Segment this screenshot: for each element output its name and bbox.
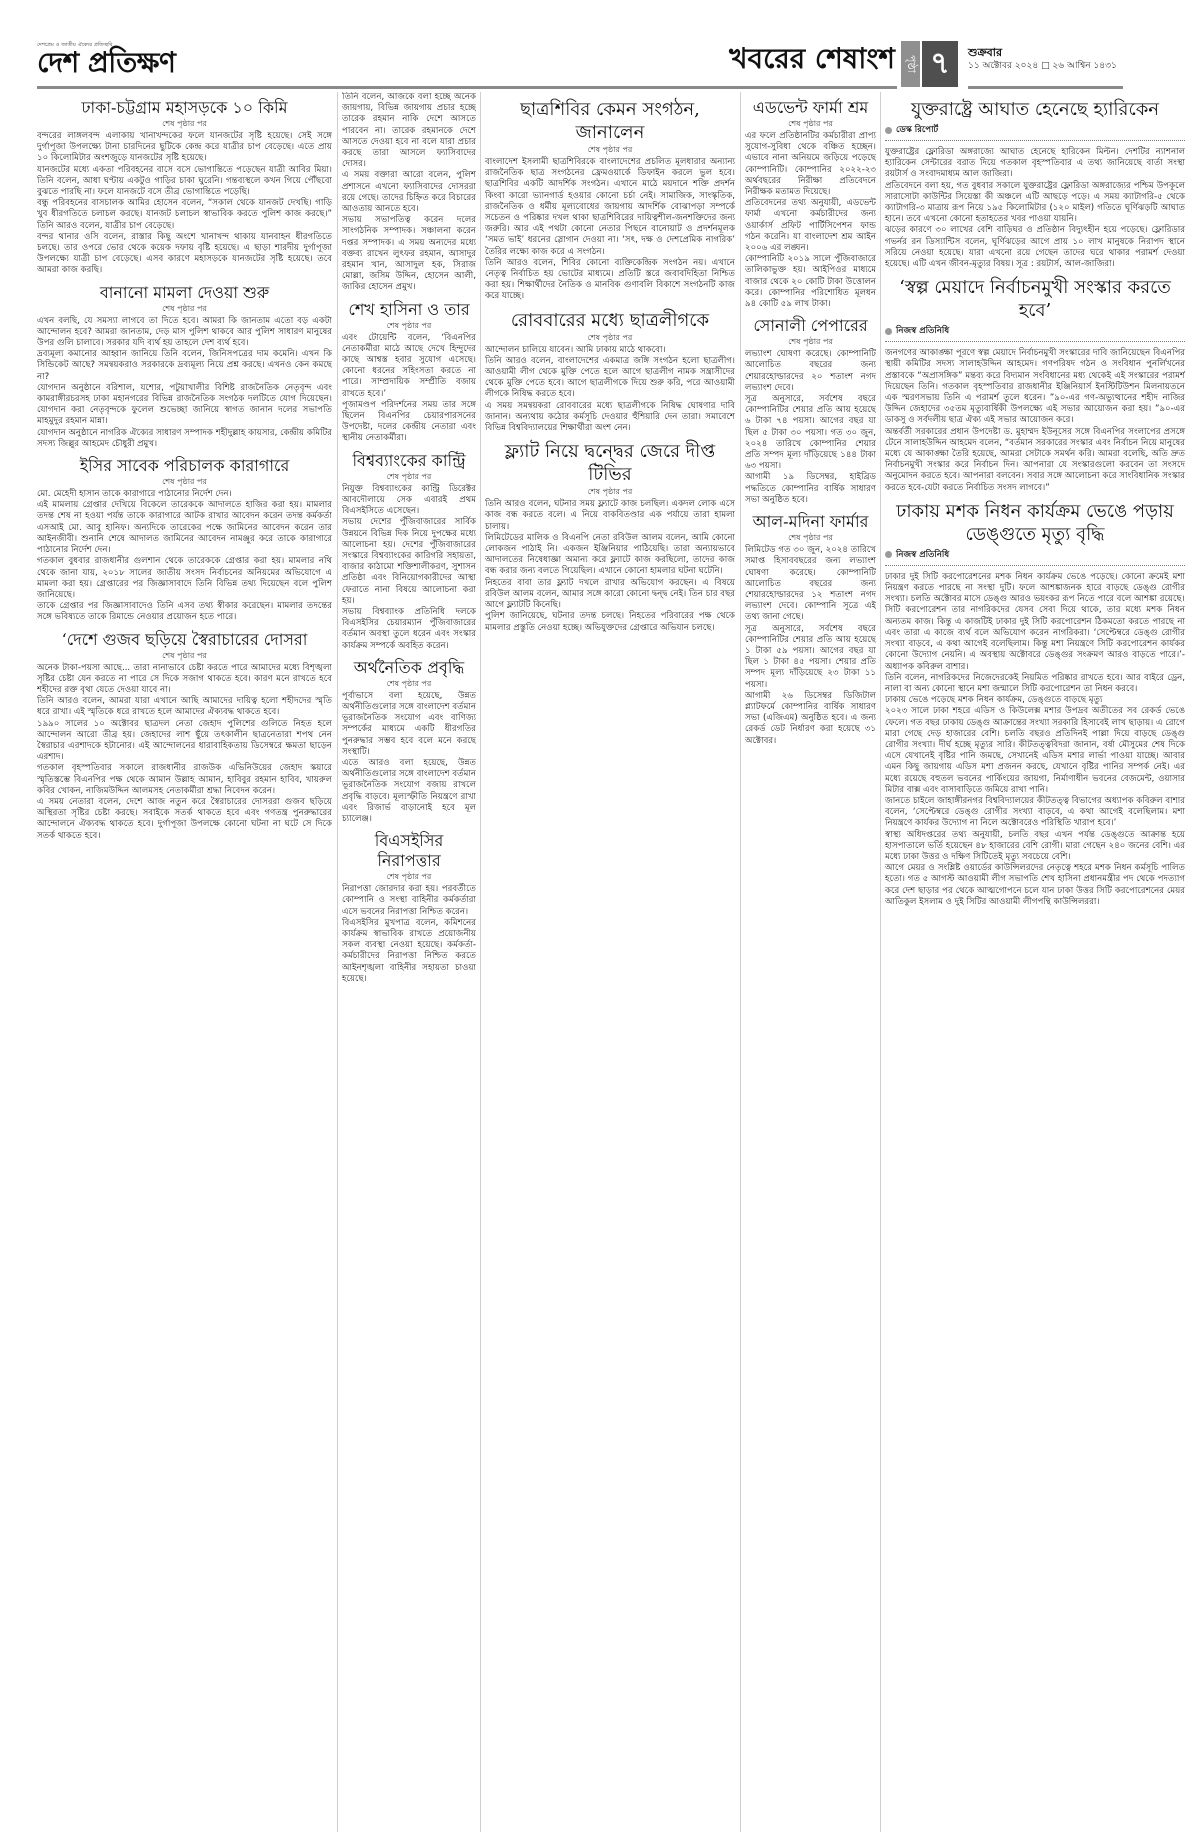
article-paragraph: প্রতিবেদনে বলা হয়, গত বুধবার সকালে যুক্…: [885, 181, 1185, 226]
continued-from-label: শেষ পৃষ্ঠার পর: [37, 650, 332, 661]
news-article: ছাত্রশিবির কেমন সংগঠন, জানালেনশেষ পৃষ্ঠা…: [485, 98, 735, 303]
article-headline[interactable]: অর্থনৈতিক প্রবৃদ্ধি: [342, 658, 476, 678]
article-headline[interactable]: ইসির সাবেক পরিচালক কারাগারে: [37, 456, 332, 476]
column-4: এডভেন্ট ফার্মা শ্রমশেষ পৃষ্ঠার পরএর ফলে …: [745, 92, 876, 1837]
article-paragraph: যোগদান অনুষ্ঠানে বরিশাল, যশোর, পটুয়াখাল…: [37, 383, 332, 428]
issue-date-full: ১১ অক্টোবর ২০২৪ □ ২৬ আশ্বিন ১৪৩১: [968, 60, 1117, 73]
article-paragraph: বন্দরের লাঙ্গলবন্দ এলাকায় খানাখন্দকের ফ…: [37, 131, 332, 165]
article-paragraph: জানতে চাইলে জাহাঙ্গীরনগর বিশ্ববিদ্যালয়ে…: [885, 796, 1185, 830]
bullet-icon: [885, 551, 892, 558]
article-paragraph: আগামী ২৬ ডিসেম্বর ডিজিটাল প্ল্যাটফর্মে ক…: [745, 691, 876, 747]
news-article: বানানো মামলা দেওয়া শুরুশেষ পৃষ্ঠার পরএখ…: [37, 283, 332, 450]
article-paragraph: তিনি আরও বলেন, শিবির কোনো ব্যক্তিকেন্দ্র…: [485, 258, 735, 303]
article-paragraph: ২০২৩ সালে ঢাকা শহরে এডিস ও কিউলেক্স মশার…: [885, 706, 1185, 796]
article-paragraph: দ্রব্যমূল্য কমানোর আহ্বান জানিয়ে তিনি ব…: [37, 349, 332, 383]
article-paragraph: এখন বলছি, যে সমস্যা লাগবে তা দিতে হবে। আ…: [37, 316, 332, 350]
column-2: তিনি বলেন, আজকে বলা হচ্ছে অনেক জায়গায়,…: [342, 92, 476, 1837]
article-paragraph: গতকাল বুধবার রাজধানীর গুলশান থেকে তারেকক…: [37, 556, 332, 601]
article-headline[interactable]: এডভেন্ট ফার্মা শ্রম: [745, 98, 876, 118]
article-paragraph: এই মামলায় গ্রেপ্তার দেখিয়ে বিকেলে তারে…: [37, 500, 332, 556]
article-paragraph: ঝড়ের কারণে ৩০ লাখের বেশি বাড়িঘর ও প্রত…: [885, 225, 1185, 270]
article-paragraph: তিনি বলেন, আজকে বলা হচ্ছে অনেক জায়গায়,…: [342, 92, 476, 170]
page-number: ৭: [922, 41, 958, 87]
article-headline[interactable]: সোনালী পেপারের: [745, 316, 876, 336]
article-paragraph: কোম্পানিটি ২০১৯ সালে পুঁজিবাজারে তালিকাভ…: [745, 254, 876, 310]
article-paragraph: তিনি আরও বলেন, আমরা যারা এখানে আছি আমাদে…: [37, 696, 332, 718]
news-article: ‘স্বল্প মেয়াদে নির্বাচনমুখী সংস্কার করত…: [885, 276, 1185, 494]
news-article: ঢাকা-চট্টগ্রাম মহাসড়কে ১০ কিমিশেষ পৃষ্ঠ…: [37, 98, 332, 277]
masthead-divider: [37, 86, 897, 89]
article-paragraph: বাংলাদেশ ইসলামী ছাত্রশিবিরকে বাংলাদেশের …: [485, 157, 735, 258]
article-paragraph: যানজটের মধ্যে একতা পরিবহনের বাসে বসে ভোগ…: [37, 165, 332, 199]
article-paragraph: লিমিটেডের মালিক ও বিএনপি নেতা রবিউল আলম …: [485, 533, 735, 578]
section-title: খবরের শেষাংশ: [729, 40, 895, 78]
news-article: তিনি বলেন, আজকে বলা হচ্ছে অনেক জায়গায়,…: [342, 92, 476, 294]
news-article: আল-মদিনা ফার্মারশেষ পৃষ্ঠার পরলিমিটেড গত…: [745, 512, 876, 747]
article-headline[interactable]: ফ্ল্যাট নিয়ে দ্বন্দ্বের জেরে দীপ্ত টিভি…: [485, 440, 735, 486]
article-headline[interactable]: বানানো মামলা দেওয়া শুরু: [37, 283, 332, 303]
continued-from-label: শেষ পৃষ্ঠার পর: [745, 336, 876, 347]
continued-from-label: শেষ পৃষ্ঠার পর: [745, 532, 876, 543]
bullet-icon: [885, 328, 892, 335]
article-paragraph: তিনি আরও বলেন, বাংলাদেশের একমাত্র জঙ্গি …: [485, 356, 735, 401]
article-paragraph: জনগণের আকাঙ্ক্ষা পূরণে স্বল্প মেয়াদে নি…: [885, 348, 1185, 426]
article-paragraph: পূর্বাভাসে বলা হয়েছে, উন্নত অর্থনীতিগুল…: [342, 691, 476, 758]
article-paragraph: অন্তর্বর্তী সরকারের প্রধান উপদেষ্টা ড. ম…: [885, 427, 1185, 494]
column-divider: [480, 92, 481, 1832]
byline-text: নিজস্ব প্রতিনিধি: [896, 325, 949, 337]
article-headline[interactable]: আল-মদিনা ফার্মার: [745, 512, 876, 532]
article-paragraph: আন্দোলন চালিয়ে যাবেন। আমি ঢাকায় মাঠে থ…: [485, 345, 735, 356]
article-paragraph: এ সময় নেতারা বলেন, দেশে আজ নতুন করে স্ব…: [37, 797, 332, 842]
article-paragraph: লভ্যাংশ ঘোষণা করেছে। কোম্পানিটি আলোচিত ব…: [745, 349, 876, 394]
news-article: অর্থনৈতিক প্রবৃদ্ধিশেষ পৃষ্ঠার পরপূর্বাভ…: [342, 658, 476, 825]
byline-text: নিজস্ব প্রতিনিধি: [896, 549, 949, 561]
continued-from-label: শেষ পৃষ্ঠার পর: [485, 144, 735, 155]
continued-from-label: শেষ পৃষ্ঠার পর: [485, 332, 735, 343]
article-paragraph: ১৯৯০ সালের ১০ অক্টোবর ছাত্রদল নেতা জেহাদ…: [37, 719, 332, 764]
article-paragraph: বিএসইসির মুখপাত্র বলেন, কমিশনের কার্যক্র…: [342, 918, 476, 985]
article-paragraph: পূজামণ্ডপ পরিদর্শনের সময় তার সঙ্গে ছিলে…: [342, 400, 476, 445]
column-3: ছাত্রশিবির কেমন সংগঠন, জানালেনশেষ পৃষ্ঠা…: [485, 92, 735, 1837]
column-divider: [337, 92, 338, 1832]
masthead-divider-right: [968, 86, 1123, 89]
news-article: সোনালী পেপারেরশেষ পৃষ্ঠার পরলভ্যাংশ ঘোষণ…: [745, 316, 876, 506]
masthead: দেশপ্রেম ও জাতীয় ঐক্যের প্রতিচ্ছবি দেশ …: [37, 30, 1185, 94]
news-article: বিশ্বব্যাংকের কান্ট্রিশেষ পৃষ্ঠার পরনিযু…: [342, 451, 476, 652]
news-article: ইসির সাবেক পরিচালক কারাগারেশেষ পৃষ্ঠার প…: [37, 456, 332, 623]
continued-from-label: শেষ পৃষ্ঠার পর: [485, 486, 735, 497]
article-headline[interactable]: বিশ্বব্যাংকের কান্ট্রি: [342, 451, 476, 471]
continued-from-label: শেষ পৃষ্ঠার পর: [342, 471, 476, 482]
article-paragraph: তাকে গ্রেপ্তার পর জিজ্ঞাসাবাদেও তিনি এসব…: [37, 601, 332, 623]
issue-day: শুক্রবার: [968, 46, 1117, 60]
news-article: ঢাকায় মশক নিধন কার্যক্রম ভেঙে পড়ায় ডে…: [885, 500, 1185, 908]
column-divider: [880, 92, 881, 1832]
issue-date: শুক্রবার ১১ অক্টোবর ২০২৪ □ ২৬ আশ্বিন ১৪৩…: [968, 46, 1117, 73]
article-paragraph: সিটি করপোরেশন তার নাগরিকদের যেসব সেবা দি…: [885, 605, 1185, 672]
article-headline[interactable]: ঢাকায় মশক নিধন কার্যক্রম ভেঙে পড়ায় ডে…: [885, 500, 1185, 546]
article-headline[interactable]: বিএসইসির নিরাপত্তার: [342, 831, 476, 871]
article-paragraph: প্রতিবেদনের তথ্য অনুযায়ী, এডভেন্ট ফার্ম…: [745, 198, 876, 254]
article-paragraph: এ সময় সমন্বয়করা রোববারের মধ্যে ছাত্রলী…: [485, 401, 735, 435]
article-headline[interactable]: শেখ হাসিনা ও তার: [342, 300, 476, 320]
article-paragraph: তিনি বলেন, নাগরিকদের নিজেদেরকেই নিয়মিত …: [885, 673, 1185, 695]
article-paragraph: নিরাপত্তা জোরদার করা হয়। পরবর্তীতে কোম্…: [342, 884, 476, 918]
article-byline: ডেস্ক রিপোর্ট: [885, 121, 1185, 141]
article-paragraph: লিমিটেড গত ৩০ জুন, ২০২৪ তারিখে সমাপ্ত হি…: [745, 545, 876, 623]
newspaper-logo[interactable]: দেশপ্রেম ও জাতীয় ঐক্যের প্রতিচ্ছবি দেশ …: [37, 42, 175, 78]
article-paragraph: যুক্তরাষ্ট্রের ফ্লোরিডা অঙ্গরাজ্যে আঘাত …: [885, 147, 1185, 181]
article-paragraph: এতে আরও বলা হয়েছে, উন্নত অর্থনীতিগুলোর …: [342, 758, 476, 825]
article-headline[interactable]: যুক্তরাষ্ট্রে আঘাত হেনেছে হ্যারিকেন: [885, 98, 1185, 121]
article-paragraph: সূত্র অনুসারে, সর্বশেষ বছরে কোম্পানিটির …: [745, 624, 876, 691]
article-paragraph: স্বাস্থ্য অধিদপ্তরের তথ্য অনুযায়ী, চলতি…: [885, 830, 1185, 864]
continued-from-label: শেষ পৃষ্ঠার পর: [342, 678, 476, 689]
article-paragraph: সভায় বিশ্বব্যাংক প্রতিনিধি দলকে বিএসইসি…: [342, 607, 476, 652]
news-article: রোববারের মধ্যে ছাত্রলীগকেশেষ পৃষ্ঠার পরআ…: [485, 309, 735, 435]
column-divider: [740, 92, 741, 1832]
article-paragraph: অনেক টাকা-পয়সা আছে... তারা নানাভাবে চেষ…: [37, 663, 332, 697]
article-paragraph: এ সময় বক্তারা আরো বলেন, পুলিশ প্রশাসনে …: [342, 170, 476, 215]
continued-from-label: শেষ পৃষ্ঠার পর: [342, 871, 476, 882]
article-paragraph: মো. মেহেদী হাসান তাকে কারাগারে পাঠানোর ন…: [37, 489, 332, 500]
article-paragraph: বন্দর থানার ওসি বলেন, রাস্তার কিছু অংশে …: [37, 232, 332, 277]
bullet-icon: [885, 127, 892, 134]
article-headline[interactable]: ‘দেশে গুজব ছড়িয়ে স্বৈরাচারের দোসরা: [37, 630, 332, 650]
article-paragraph: বন্ধু পরিবহনের বাসচালক আমির হোসেন বলেন, …: [37, 198, 332, 232]
article-byline: নিজস্ব প্রতিনিধি: [885, 546, 1185, 566]
article-paragraph: নিহতের বাবা তার ফ্ল্যাট দখলে রাখার অভিযো…: [485, 578, 735, 612]
article-headline[interactable]: রোববারের মধ্যে ছাত্রলীগকে: [485, 309, 735, 332]
article-paragraph: সভায় সভাপতিত্ব করেন দলের সাংগঠনিক সম্পা…: [342, 215, 476, 293]
news-article: বিএসইসির নিরাপত্তারশেষ পৃষ্ঠার পরনিরাপত্…: [342, 831, 476, 985]
column-1: ঢাকা-চট্টগ্রাম মহাসড়কে ১০ কিমিশেষ পৃষ্ঠ…: [37, 92, 332, 1837]
continued-from-label: শেষ পৃষ্ঠার পর: [37, 118, 332, 129]
news-article: ফ্ল্যাট নিয়ে দ্বন্দ্বের জেরে দীপ্ত টিভি…: [485, 440, 735, 633]
article-paragraph: তিনি আরও বলেন, ঘটনার সময় ফ্ল্যাটে কাজ চ…: [485, 499, 735, 533]
byline-text: ডেস্ক রিপোর্ট: [896, 124, 938, 136]
continued-from-label: শেষ পৃষ্ঠার পর: [745, 118, 876, 129]
article-paragraph: গতকাল বৃহস্পতিবার সকালে রাজধানীর রাজউক এ…: [37, 763, 332, 797]
article-paragraph: আগে মেয়র ও সংশ্লিষ্ট ওয়ার্ডের কাউন্সিল…: [885, 863, 1185, 908]
article-paragraph: ঢাকায় ভেঙে পড়েছে মশক নিধন কার্যক্রম, ড…: [885, 695, 1185, 706]
news-article: ‘দেশে গুজব ছড়িয়ে স্বৈরাচারের দোসরাশেষ …: [37, 630, 332, 842]
continued-from-label: শেষ পৃষ্ঠার পর: [342, 320, 476, 331]
article-paragraph: যোগদান অনুষ্ঠানে নাগরিক ঐক্যের সাধারণ সম…: [37, 428, 332, 450]
continued-from-label: শেষ পৃষ্ঠার পর: [37, 303, 332, 314]
news-article: শেখ হাসিনা ও তারশেষ পৃষ্ঠার পরএবং টোয়েন…: [342, 300, 476, 445]
article-paragraph: নিযুক্ত বিশ্বব্যাংকের কান্ট্রি ডিরেক্টর …: [342, 484, 476, 518]
continued-from-label: শেষ পৃষ্ঠার পর: [37, 476, 332, 487]
column-5: যুক্তরাষ্ট্রে আঘাত হেনেছে হ্যারিকেনডেস্ক…: [885, 92, 1185, 1837]
article-byline: নিজস্ব প্রতিনিধি: [885, 322, 1185, 342]
news-article: এডভেন্ট ফার্মা শ্রমশেষ পৃষ্ঠার পরএর ফলে …: [745, 98, 876, 310]
page-label: পৃষ্ঠা: [901, 41, 920, 87]
article-paragraph: সভায় দেশের পুঁজিবাজারের সার্বিক উন্নয়ন…: [342, 517, 476, 607]
news-article: যুক্তরাষ্ট্রে আঘাত হেনেছে হ্যারিকেনডেস্ক…: [885, 98, 1185, 270]
article-headline[interactable]: ‘স্বল্প মেয়াদে নির্বাচনমুখী সংস্কার করত…: [885, 276, 1185, 322]
article-paragraph: এবং টোয়েন্টি বলেন, ‘বিএনপির নেতাকর্মীরা…: [342, 333, 476, 400]
article-paragraph: ঢাকার দুই সিটি করপোরেশনের মশক নিধন কার্য…: [885, 572, 1185, 606]
logo-text: দেশ প্রতিক্ষণ: [37, 48, 175, 78]
article-paragraph: পুলিশ জানিয়েছে, ঘটনার তদন্ত চলছে। নিহতে…: [485, 611, 735, 633]
article-headline[interactable]: ঢাকা-চট্টগ্রাম মহাসড়কে ১০ কিমি: [37, 98, 332, 118]
article-paragraph: আগামী ১৯ ডিসেম্বর, হাইব্রিড পদ্ধতিতে কোম…: [745, 472, 876, 506]
article-paragraph: এর ফলে প্রতিষ্ঠানটির কর্মচারীরা প্রাপ্য …: [745, 131, 876, 198]
article-paragraph: সূত্র অনুসারে, সর্বশেষ বছরে কোম্পানিটির …: [745, 394, 876, 472]
article-headline[interactable]: ছাত্রশিবির কেমন সংগঠন, জানালেন: [485, 98, 735, 144]
